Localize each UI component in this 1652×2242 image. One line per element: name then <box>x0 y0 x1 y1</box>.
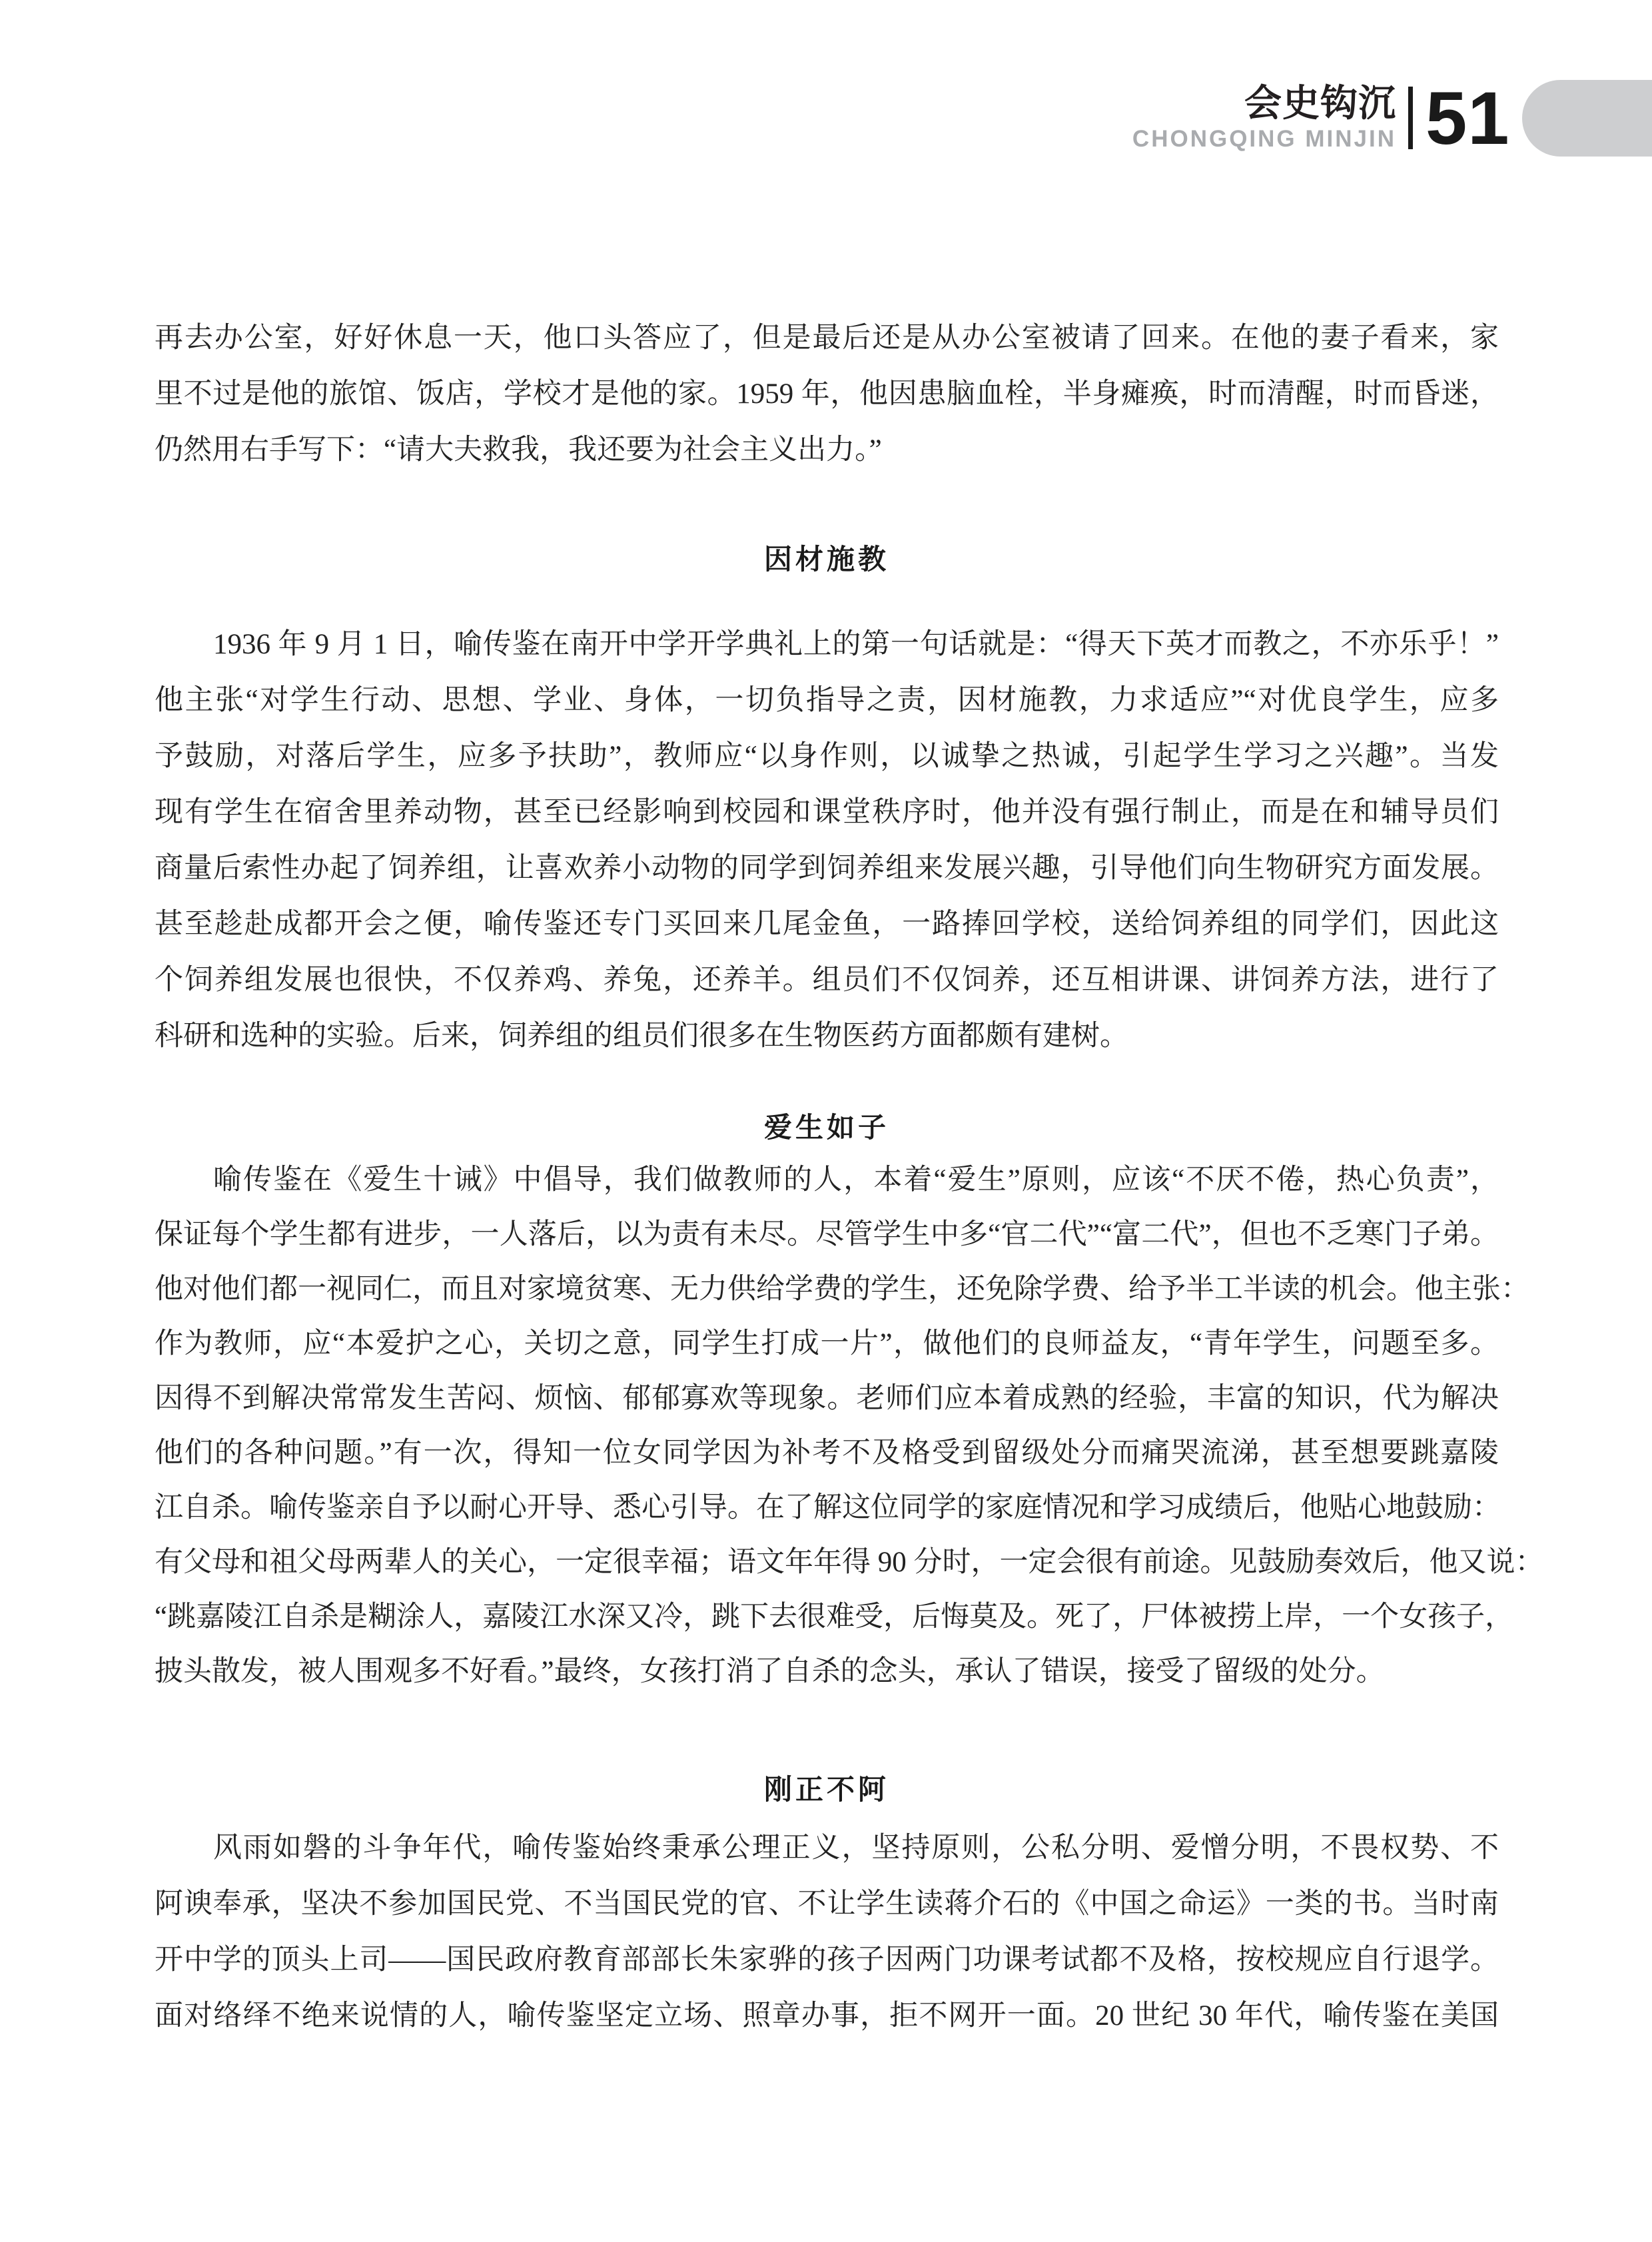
paragraph: 1936 年 9 月 1 日，喻传鉴在南开中学开学典礼上的第一句话就是：“得天下… <box>155 617 1499 1064</box>
text-line: 再去办公室，好好休息一天，他口头答应了，但是最后还是从办公室被请了回来。在他的妻… <box>155 310 1499 366</box>
text-line: 开中学的顶头上司——国民政府教育部部长朱家骅的孩子因两门功课考试都不及格，按校规… <box>155 1932 1499 1988</box>
text-line: 保证每个学生都有进步，一人落后，以为责有未尽。尽管学生中多“官二代”“富二代”，… <box>155 1208 1499 1262</box>
text-line: 阿谀奉承，坚决不参加国民党、不当国民党的官、不让学生读蒋介石的《中国之命运》一类… <box>155 1876 1499 1932</box>
paragraph: 再去办公室，好好休息一天，他口头答应了，但是最后还是从办公室被请了回来。在他的妻… <box>155 310 1499 478</box>
text-line: 1936 年 9 月 1 日，喻传鉴在南开中学开学典礼上的第一句话就是：“得天下… <box>155 617 1499 673</box>
header-divider <box>1408 87 1413 149</box>
text-line: 里不过是他的旅馆、饭店，学校才是他的家。1959 年，他因患脑血栓，半身瘫痪，时… <box>155 366 1499 422</box>
text-line: 江自杀。喻传鉴亲自予以耐心开导、悉心引导。在了解这位同学的家庭情况和学习成绩后，… <box>155 1481 1499 1535</box>
text-line: “跳嘉陵江自杀是糊涂人，嘉陵江水深又冷，跳下去很难受，后悔莫及。死了，尸体被捞上… <box>155 1590 1499 1645</box>
text-line: 因得不到解决常常发生苦闷、烦恼、郁郁寡欢等现象。老师们应本着成熟的经验，丰富的知… <box>155 1371 1499 1426</box>
text-line: 有父母和祖父母两辈人的关心，一定很幸福；语文年年得 90 分时，一定会很有前途。… <box>155 1535 1499 1590</box>
text-line: 风雨如磐的斗争年代，喻传鉴始终秉承公理正义，坚持原则，公私分明、爱憎分明，不畏权… <box>155 1820 1499 1876</box>
magazine-page: 会史钩沉 CHONGQING MINJIN 51 再去办公室，好好休息一天，他口… <box>0 0 1652 2242</box>
section-heading: 刚正不阿 <box>155 1762 1499 1818</box>
text-line: 个饲养组发展也很快，不仅养鸡、养兔，还养羊。组员们不仅饲养，还互相讲课、讲饲养方… <box>155 952 1499 1008</box>
magazine-name: CHONGQING MINJIN <box>1132 127 1396 152</box>
text-line: 现有学生在宿舍里养动物，甚至已经影响到校园和课堂秩序时，他并没有强行制止，而是在… <box>155 785 1499 841</box>
text-line: 面对络绎不绝来说情的人，喻传鉴坚定立场、照章办事，拒不网开一面。20 世纪 30… <box>155 1988 1499 2044</box>
text-line: 喻传鉴在《爱生十诫》中倡导，我们做教师的人，本着“爱生”原则，应该“不厌不倦，热… <box>155 1153 1499 1208</box>
page-edge-tab <box>1522 80 1652 157</box>
text-line: 商量后索性办起了饲养组，让喜欢养小动物的同学到饲养组来发展兴趣，引导他们向生物研… <box>155 841 1499 897</box>
section-title: 会史钩沉 <box>1244 83 1396 124</box>
text-line: 甚至趁赴成都开会之便，喻传鉴还专门买回来几尾金鱼，一路捧回学校，送给饲养组的同学… <box>155 897 1499 952</box>
text-line: 披头散发，被人围观多不好看。”最终，女孩打消了自杀的念头，承认了错误，接受了留级… <box>155 1645 1499 1699</box>
page-number: 51 <box>1426 81 1510 156</box>
text-line: 作为教师，应“本爱护之心，关切之意，同学生打成一片”，做他们的良师益友，“青年学… <box>155 1317 1499 1371</box>
paragraph: 喻传鉴在《爱生十诫》中倡导，我们做教师的人，本着“爱生”原则，应该“不厌不倦，热… <box>155 1153 1499 1699</box>
text-line: 予鼓励，对落后学生，应多予扶助”，教师应“以身作则，以诚挚之热诚，引起学生学习之… <box>155 729 1499 785</box>
section-heading: 因材施教 <box>155 532 1499 587</box>
text-line: 仍然用右手写下：“请大夫救我，我还要为社会主义出力。” <box>155 422 1499 478</box>
text-line: 科研和选种的实验。后来，饲养组的组员们很多在生物医药方面都颇有建树。 <box>155 1008 1499 1064</box>
text-line: 他们的各种问题。”有一次，得知一位女同学因为补考不及格受到留级处分而痛哭流涕，甚… <box>155 1426 1499 1481</box>
section-heading: 爱生如子 <box>155 1100 1499 1156</box>
text-line: 他主张“对学生行动、思想、学业、身体，一切负指导之责，因材施教，力求适应”“对优… <box>155 673 1499 729</box>
paragraph: 风雨如磐的斗争年代，喻传鉴始终秉承公理正义，坚持原则，公私分明、爱憎分明，不畏权… <box>155 1820 1499 2044</box>
text-line: 他对他们都一视同仁，而且对家境贫寒、无力供给学费的学生，还免除学费、给予半工半读… <box>155 1262 1499 1317</box>
